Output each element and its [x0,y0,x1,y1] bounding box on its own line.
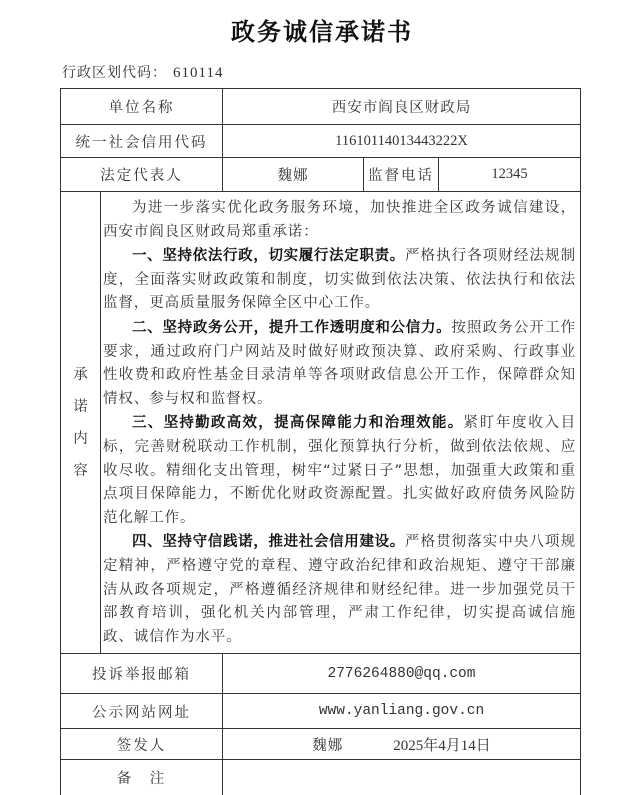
complaint-email-value[interactable]: 2776264880@qq.com [223,654,581,694]
credit-code-label: 统一社会信用代码 [61,125,223,158]
legal-rep-label: 法定代表人 [61,158,223,192]
unit-name-value: 西安市阎良区财政局 [223,89,581,125]
commitment-intro: 为进一步落实优化政务服务环境，加快推进全区政务诚信建设，西安市阎良区财政局郑重承… [103,197,576,244]
commitment-label-char: 承 [61,359,100,391]
commitment-item-text: 严格贯彻落实中央八项规定精神，严格遵守党的章程、遵守政治纪律和政治规矩、遵守干部… [103,534,576,644]
region-code: 行政区划代码：610114 [62,62,223,82]
commitment-item-1: 一、坚持依法行政，切实履行法定职责。严格执行各项财经法规制度，全面落实财政政策和… [103,244,576,316]
unit-name-label: 单位名称 [61,89,223,125]
row-signer: 签发人 魏娜2025年4月14日 [61,729,581,760]
commitment-label: 承 诺 内 容 [61,192,101,654]
supervision-phone-value: 12345 [439,158,581,192]
document-title: 政务诚信承诺书 [0,12,644,47]
website-label: 公示网站网址 [61,694,223,729]
signer-cell: 魏娜2025年4月14日 [223,729,581,760]
supervision-phone-label: 监督电话 [364,158,439,192]
row-website: 公示网站网址 www.yanliang.gov.cn [61,694,581,729]
complaint-email-label: 投诉举报邮箱 [61,654,223,694]
remarks-label: 备 注 [61,760,223,795]
commitment-item-heading: 一、坚持依法行政，切实履行法定职责。 [132,247,405,264]
commitment-item-3: 三、坚持勤政高效，提高保障能力和治理效能。紧盯年度收入目标，完善财税联动工作机制… [103,411,576,530]
commitment-item-2: 二、坚持政务公开，提升工作透明度和公信力。按照政务公开工作要求，通过政府门户网站… [103,316,576,411]
row-credit-code: 统一社会信用代码 11610114013443222X [61,125,581,158]
legal-rep-value: 魏娜 [223,158,364,192]
website-value[interactable]: www.yanliang.gov.cn [223,694,581,729]
commitment-label-char: 容 [61,455,100,487]
signer-label: 签发人 [61,729,223,760]
commitment-form-table: 单位名称 西安市阎良区财政局 统一社会信用代码 1161011401344322… [60,88,581,795]
row-remarks: 备 注 [61,760,581,795]
remarks-value [223,760,581,795]
signer-name: 魏娜 [312,738,343,754]
commitment-item-heading: 二、坚持政务公开，提升工作透明度和公信力。 [132,319,451,336]
commitment-content: 为进一步落实优化政务服务环境，加快推进全区政务诚信建设，西安市阎良区财政局郑重承… [101,192,581,654]
sign-date: 2025年4月14日 [393,738,491,754]
row-commitment: 承 诺 内 容 为进一步落实优化政务服务环境，加快推进全区政务诚信建设，西安市阎… [61,192,581,654]
row-unit-name: 单位名称 西安市阎良区财政局 [61,89,581,125]
commitment-item-text: 紧盯年度收入目标，完善财税联动工作机制，强化预算执行分析，做到依法依规、应收尽收… [103,415,576,525]
region-code-label: 行政区划代码： [62,65,167,81]
credit-code-value: 11610114013443222X [223,125,581,158]
row-legal-representative: 法定代表人 魏娜 监督电话 12345 [61,158,581,192]
commitment-label-char: 诺 [61,391,100,423]
commitment-label-char: 内 [61,423,100,455]
row-complaint-email: 投诉举报邮箱 2776264880@qq.com [61,654,581,694]
commitment-item-heading: 三、坚持勤政高效，提高保障能力和治理效能。 [132,414,464,431]
commitment-item-4: 四、坚持守信践诺，推进社会信用建设。严格贯彻落实中央八项规定精神，严格遵守党的章… [103,530,576,649]
commitment-item-heading: 四、坚持守信践诺，推进社会信用建设。 [132,533,405,550]
region-code-value: 610114 [173,65,223,81]
